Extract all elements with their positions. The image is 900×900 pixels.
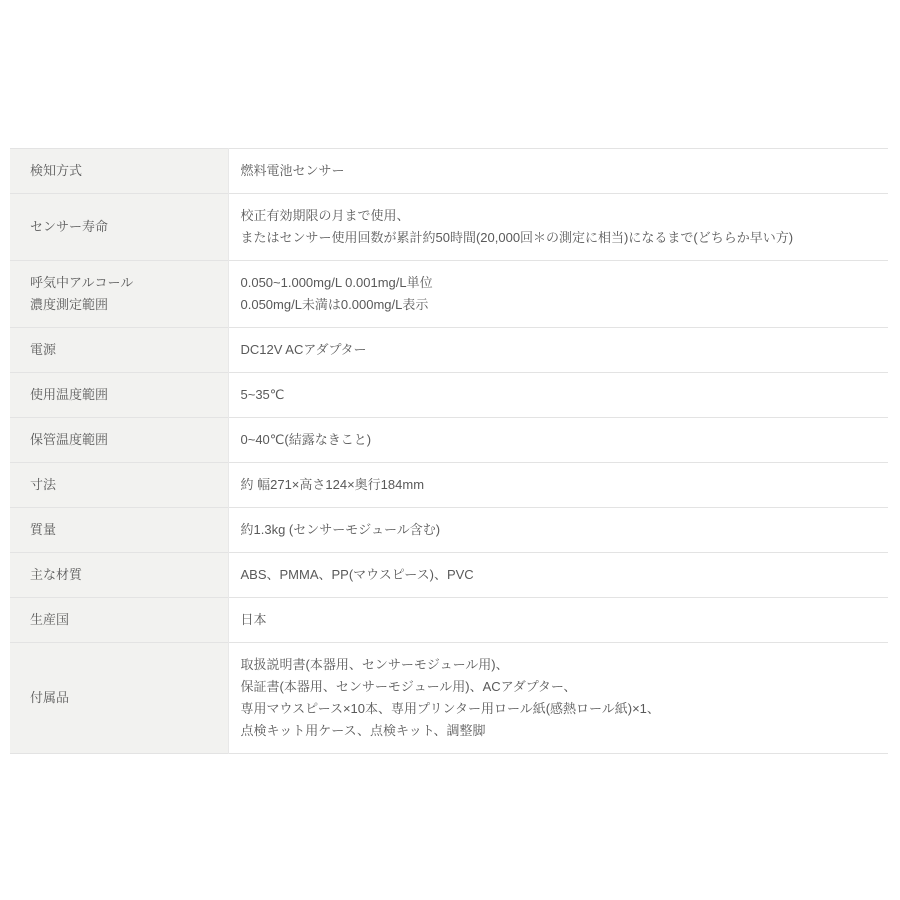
spec-value-accessories: 取扱説明書(本器用、センサーモジュール用)、保証書(本器用、センサーモジュール用… [228, 643, 888, 754]
spec-value-measurement-range: 0.050~1.000mg/L 0.001mg/L単位0.050mg/L未満は0… [228, 261, 888, 328]
spec-row-sensor-life: センサー寿命校正有効期限の月まで使用、またはセンサー使用回数が累計約50時間(2… [10, 194, 888, 261]
spec-row-dimensions: 寸法約 幅271×高さ124×奥行184mm [10, 463, 888, 508]
spec-value-dimensions: 約 幅271×高さ124×奥行184mm [228, 463, 888, 508]
spec-value-detection-method: 燃料電池センサー [228, 149, 888, 194]
spec-label-power-supply: 電源 [10, 328, 228, 373]
spec-value-operating-temperature: 5~35℃ [228, 373, 888, 418]
spec-row-operating-temperature: 使用温度範囲5~35℃ [10, 373, 888, 418]
spec-row-measurement-range: 呼気中アルコール濃度測定範囲0.050~1.000mg/L 0.001mg/L単… [10, 261, 888, 328]
spec-table-body: 検知方式燃料電池センサーセンサー寿命校正有効期限の月まで使用、またはセンサー使用… [10, 149, 888, 754]
spec-label-dimensions: 寸法 [10, 463, 228, 508]
spec-value-sensor-life: 校正有効期限の月まで使用、またはセンサー使用回数が累計約50時間(20,000回… [228, 194, 888, 261]
spec-row-storage-temperature: 保管温度範囲0~40℃(結露なきこと) [10, 418, 888, 463]
spec-value-country-of-origin: 日本 [228, 598, 888, 643]
spec-row-weight: 質量約1.3kg (センサーモジュール含む) [10, 508, 888, 553]
spec-row-country-of-origin: 生産国日本 [10, 598, 888, 643]
spec-label-operating-temperature: 使用温度範囲 [10, 373, 228, 418]
spec-label-measurement-range: 呼気中アルコール濃度測定範囲 [10, 261, 228, 328]
spec-value-materials: ABS、PMMA、PP(マウスピース)、PVC [228, 553, 888, 598]
spec-label-country-of-origin: 生産国 [10, 598, 228, 643]
spec-value-weight: 約1.3kg (センサーモジュール含む) [228, 508, 888, 553]
spec-value-storage-temperature: 0~40℃(結露なきこと) [228, 418, 888, 463]
spec-label-detection-method: 検知方式 [10, 149, 228, 194]
spec-value-power-supply: DC12V ACアダプター [228, 328, 888, 373]
spec-label-materials: 主な材質 [10, 553, 228, 598]
spec-row-power-supply: 電源DC12V ACアダプター [10, 328, 888, 373]
spec-row-accessories: 付属品取扱説明書(本器用、センサーモジュール用)、保証書(本器用、センサーモジュ… [10, 643, 888, 754]
spec-label-accessories: 付属品 [10, 643, 228, 754]
spec-label-sensor-life: センサー寿命 [10, 194, 228, 261]
product-spec-page: 検知方式燃料電池センサーセンサー寿命校正有効期限の月まで使用、またはセンサー使用… [0, 0, 900, 900]
spec-label-weight: 質量 [10, 508, 228, 553]
spec-row-materials: 主な材質ABS、PMMA、PP(マウスピース)、PVC [10, 553, 888, 598]
spec-table: 検知方式燃料電池センサーセンサー寿命校正有効期限の月まで使用、またはセンサー使用… [10, 148, 888, 754]
spec-row-detection-method: 検知方式燃料電池センサー [10, 149, 888, 194]
spec-label-storage-temperature: 保管温度範囲 [10, 418, 228, 463]
